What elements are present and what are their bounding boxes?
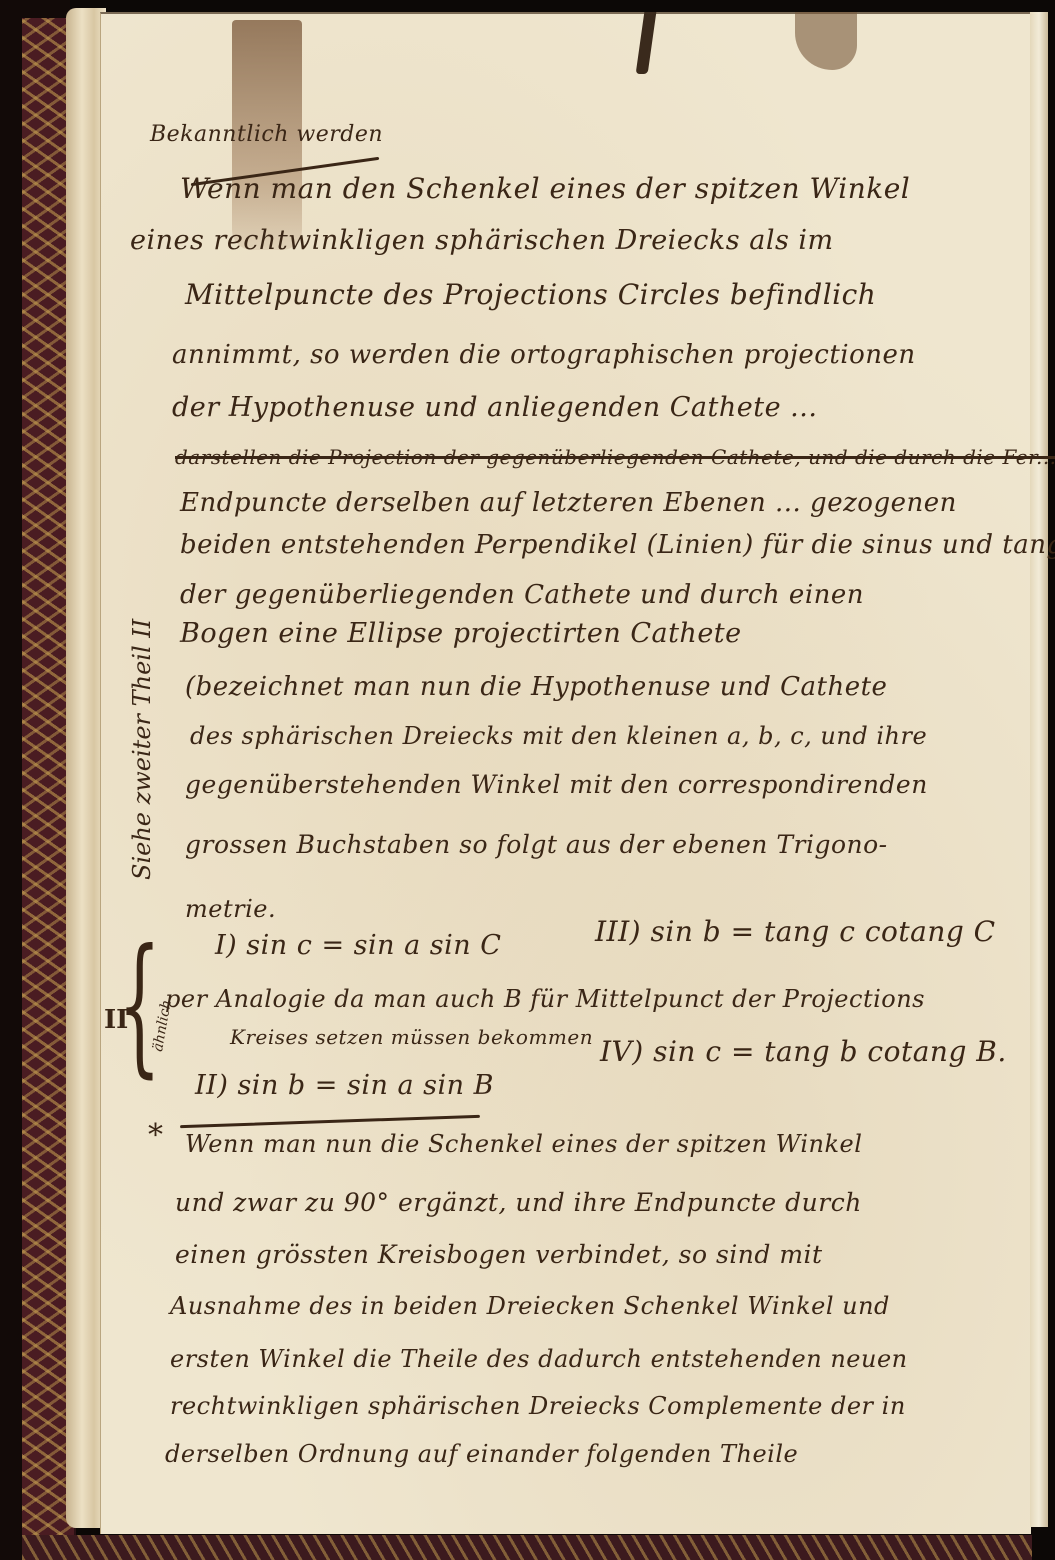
curly-brace: { [118,930,161,1080]
text-line-9: der gegenüberliegenden Cathete und durch… [180,580,864,610]
text-line-12: des sphärischen Dreiecks mit den kleinen… [190,722,927,750]
text-line-5: der Hypothenuse und anliegenden Cathete … [172,392,817,423]
formula-4: IV) sin c = tang b cotang B. [600,1035,1007,1068]
margin-note-vertical: Siehe zweiter Theil II [128,619,156,880]
text-after-6: rechtwinkligen sphärischen Dreiecks Comp… [170,1392,906,1420]
text-line-11: (bezeichnet man nun die Hypothenuse und … [185,672,887,702]
page-right-edge [1030,12,1048,1527]
text-after-7: derselben Ordnung auf einander folgenden… [165,1440,798,1468]
text-line-2: eines rechtwinkligen sphärischen Dreieck… [130,225,834,256]
formula-analogy-2: Kreises setzen müssen bekommen [230,1025,593,1049]
text-after-1: Wenn man nun die Schenkel eines der spit… [185,1130,862,1158]
gilt-binding-bottom [22,1535,1032,1560]
text-line-6-struck: darstellen die Projection der gegenüberl… [175,445,1055,469]
heading: Bekanntlich werden [150,122,383,147]
text-after-5: ersten Winkel die Theile des dadurch ent… [170,1345,908,1373]
text-after-4: Ausnahme des in beiden Dreiecken Schenke… [170,1292,890,1320]
asterisk-mark: * [148,1118,164,1153]
text-line-3: Mittelpuncte des Projections Circles bef… [185,278,876,311]
formula-1: I) sin c = sin a sin C [215,930,501,961]
text-after-3: einen grössten Kreisbogen verbindet, so … [175,1240,823,1269]
text-after-2: und zwar zu 90° ergänzt, und ihre Endpun… [175,1188,862,1217]
formula-2: II) sin b = sin a sin B [195,1070,494,1101]
text-line-8: beiden entstehenden Perpendikel (Linien)… [180,530,1055,560]
text-line-4: annimmt, so werden die ortographischen p… [172,340,916,370]
text-line-13: gegenüberstehenden Winkel mit den corres… [185,770,928,799]
text-line-7: Endpuncte derselben auf letzteren Ebenen… [180,488,957,518]
text-line-1: Wenn man den Schenkel eines der spitzen … [180,172,910,205]
formula-analogy-1: per Analogie da man auch B für Mittelpun… [165,985,925,1013]
formula-3: III) sin b = tang c cotang C [595,915,996,948]
text-line-10: Bogen eine Ellipse projectirten Cathete [180,618,742,649]
text-line-15: metrie. [185,895,276,923]
text-line-14: grossen Buchstaben so folgt aus der eben… [185,830,888,859]
